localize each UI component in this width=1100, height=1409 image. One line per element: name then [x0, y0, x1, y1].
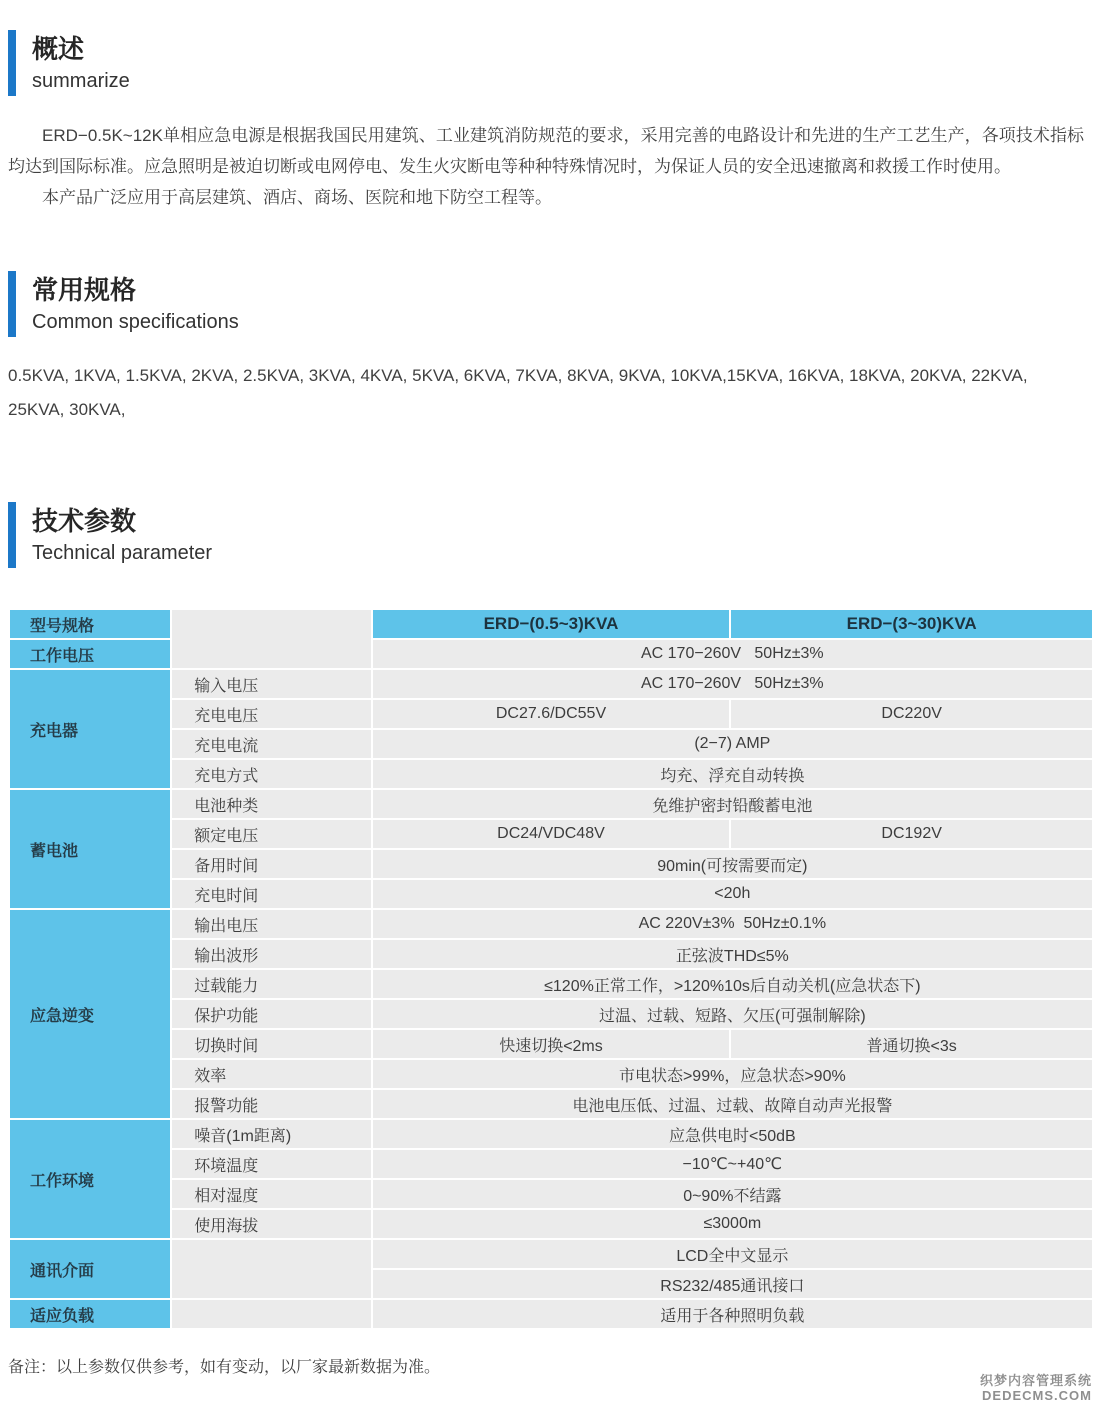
tech-title-zh: 技术参数	[32, 504, 212, 538]
value-cell: DC192V	[731, 820, 1092, 848]
specs-list-line: 0.5KVA, 1KVA, 1.5KVA, 2KVA, 2.5KVA, 3KVA…	[8, 359, 1092, 393]
category-cell: 蓄电池	[10, 790, 170, 908]
table-row: 相对湿度 0~90%不结露	[10, 1180, 1092, 1208]
footnote: 备注：以上参数仅供参考，如有变动，以厂家最新数据为准。	[8, 1354, 1092, 1377]
value-cell: ≤120%正常工作，>120%10s后自动关机(应急状态下)	[373, 970, 1092, 998]
value-cell: (2−7) AMP	[373, 730, 1092, 758]
category-cell: 工作电压	[10, 640, 170, 668]
tech-title-en: Technical parameter	[32, 540, 212, 566]
param-label-cell: 电池种类	[172, 790, 370, 818]
value-cell: DC27.6/DC55V	[373, 700, 730, 728]
specs-title-zh: 常用规格	[32, 273, 239, 307]
specs-list-line: 25KVA, 30KVA,	[8, 393, 1092, 427]
table-row: 输出波形 正弦波THD≤5%	[10, 940, 1092, 968]
param-label-cell: 切换时间	[172, 1030, 370, 1058]
table-row: 工作环境 噪音(1m距离) 应急供电时<50dB	[10, 1120, 1092, 1148]
value-cell: DC220V	[731, 700, 1092, 728]
section-tech-header: 技术参数 Technical parameter	[8, 502, 1092, 568]
param-label-cell: 效率	[172, 1060, 370, 1088]
value-cell: <20h	[373, 880, 1092, 908]
category-cell: 充电器	[10, 670, 170, 788]
section-accent-bar	[8, 30, 16, 96]
technical-parameter-table: 型号规格 ERD−(0.5~3)KVA ERD−(3~30)KVA 工作电压 A…	[8, 608, 1094, 1330]
table-row: 充电电压 DC27.6/DC55V DC220V	[10, 700, 1092, 728]
param-label-cell	[172, 610, 370, 668]
table-row: 充电方式 均充、浮充自动转换	[10, 760, 1092, 788]
section-accent-bar	[8, 271, 16, 337]
param-label-cell: 保护功能	[172, 1000, 370, 1028]
specs-title-en: Common specifications	[32, 309, 239, 335]
table-row: 环境温度 −10℃~+40℃	[10, 1150, 1092, 1178]
param-label-cell: 充电方式	[172, 760, 370, 788]
param-label-cell: 过载能力	[172, 970, 370, 998]
value-cell: ≤3000m	[373, 1210, 1092, 1238]
param-label-cell: 使用海拔	[172, 1210, 370, 1238]
watermark: 织梦内容管理系统 DEDECMS.COM	[980, 1373, 1092, 1403]
table-row: 充电器 输入电压 AC 170−260V 50Hz±3%	[10, 670, 1092, 698]
param-label-cell: 充电时间	[172, 880, 370, 908]
document-page: 概述 summarize ERD−0.5K~12K单相应急电源是根据我国民用建筑…	[0, 0, 1100, 1377]
value-cell: LCD全中文显示	[373, 1240, 1092, 1268]
value-cell: −10℃~+40℃	[373, 1150, 1092, 1178]
value-cell: 快速切换<2ms	[373, 1030, 730, 1058]
value-cell: 应急供电时<50dB	[373, 1120, 1092, 1148]
value-cell: 正弦波THD≤5%	[373, 940, 1092, 968]
param-label-cell	[172, 1240, 370, 1298]
overview-title-en: summarize	[32, 68, 130, 94]
category-cell: 通讯介面	[10, 1240, 170, 1298]
value-cell: AC 170−260V 50Hz±3%	[373, 670, 1092, 698]
param-label-cell: 备用时间	[172, 850, 370, 878]
section-specs-header: 常用规格 Common specifications	[8, 271, 1092, 337]
value-cell: 普通切换<3s	[731, 1030, 1092, 1058]
value-cell: 电池电压低、过温、过载、故障自动声光报警	[373, 1090, 1092, 1118]
value-cell: 均充、浮充自动转换	[373, 760, 1092, 788]
overview-paragraph-1: ERD−0.5K~12K单相应急电源是根据我国民用建筑、工业建筑消防规范的要求，…	[8, 120, 1084, 182]
value-cell: 适用于各种照明负载	[373, 1300, 1092, 1328]
table-row: 备用时间 90min(可按需要而定)	[10, 850, 1092, 878]
param-label-cell: 相对湿度	[172, 1180, 370, 1208]
specs-list: 0.5KVA, 1KVA, 1.5KVA, 2KVA, 2.5KVA, 3KVA…	[8, 359, 1092, 427]
table-row: 效率 市电状态>99%，应急状态>90%	[10, 1060, 1092, 1088]
param-label-cell: 输出电压	[172, 910, 370, 938]
watermark-line-en: DEDECMS.COM	[980, 1388, 1092, 1403]
overview-body: ERD−0.5K~12K单相应急电源是根据我国民用建筑、工业建筑消防规范的要求，…	[8, 120, 1084, 213]
table-row: 保护功能 过温、过载、短路、欠压(可强制解除)	[10, 1000, 1092, 1028]
table-row: 过载能力 ≤120%正常工作，>120%10s后自动关机(应急状态下)	[10, 970, 1092, 998]
value-cell: DC24/VDC48V	[373, 820, 730, 848]
value-cell: AC 220V±3% 50Hz±0.1%	[373, 910, 1092, 938]
param-label-cell: 输出波形	[172, 940, 370, 968]
category-cell: 应急逆变	[10, 910, 170, 1118]
param-label-cell: 充电电流	[172, 730, 370, 758]
value-cell: 90min(可按需要而定)	[373, 850, 1092, 878]
table-row: 报警功能 电池电压低、过温、过载、故障自动声光报警	[10, 1090, 1092, 1118]
table-row: 型号规格 ERD−(0.5~3)KVA ERD−(3~30)KVA	[10, 610, 1092, 638]
section-overview-header: 概述 summarize	[8, 30, 1092, 96]
table-row: 额定电压 DC24/VDC48V DC192V	[10, 820, 1092, 848]
watermark-line-zh: 织梦内容管理系统	[980, 1373, 1092, 1388]
category-cell: 适应负载	[10, 1300, 170, 1328]
table-row: 通讯介面 LCD全中文显示	[10, 1240, 1092, 1268]
value-cell: 过温、过载、短路、欠压(可强制解除)	[373, 1000, 1092, 1028]
table-row: 充电时间 <20h	[10, 880, 1092, 908]
overview-title-zh: 概述	[32, 32, 130, 66]
value-cell: 市电状态>99%，应急状态>90%	[373, 1060, 1092, 1088]
column-header-cell: ERD−(3~30)KVA	[731, 610, 1092, 638]
param-label-cell: 输入电压	[172, 670, 370, 698]
table-row: 切换时间 快速切换<2ms 普通切换<3s	[10, 1030, 1092, 1058]
param-label-cell: 充电电压	[172, 700, 370, 728]
table-row: 蓄电池 电池种类 免维护密封铅酸蓄电池	[10, 790, 1092, 818]
table-row: 使用海拔 ≤3000m	[10, 1210, 1092, 1238]
column-header-cell: ERD−(0.5~3)KVA	[373, 610, 730, 638]
value-cell: AC 170−260V 50Hz±3%	[373, 640, 1092, 668]
table-row: 应急逆变 输出电压 AC 220V±3% 50Hz±0.1%	[10, 910, 1092, 938]
param-label-cell: 噪音(1m距离)	[172, 1120, 370, 1148]
table-row: 适应负载 适用于各种照明负载	[10, 1300, 1092, 1328]
category-cell: 工作环境	[10, 1120, 170, 1238]
param-label-cell	[172, 1300, 370, 1328]
value-cell: 0~90%不结露	[373, 1180, 1092, 1208]
section-accent-bar	[8, 502, 16, 568]
param-label-cell: 额定电压	[172, 820, 370, 848]
value-cell: RS232/485通讯接口	[373, 1270, 1092, 1298]
overview-paragraph-2: 本产品广泛应用于高层建筑、酒店、商场、医院和地下防空工程等。	[8, 182, 1084, 213]
param-label-cell: 环境温度	[172, 1150, 370, 1178]
category-cell: 型号规格	[10, 610, 170, 638]
param-label-cell: 报警功能	[172, 1090, 370, 1118]
table-row: 充电电流 (2−7) AMP	[10, 730, 1092, 758]
value-cell: 免维护密封铅酸蓄电池	[373, 790, 1092, 818]
